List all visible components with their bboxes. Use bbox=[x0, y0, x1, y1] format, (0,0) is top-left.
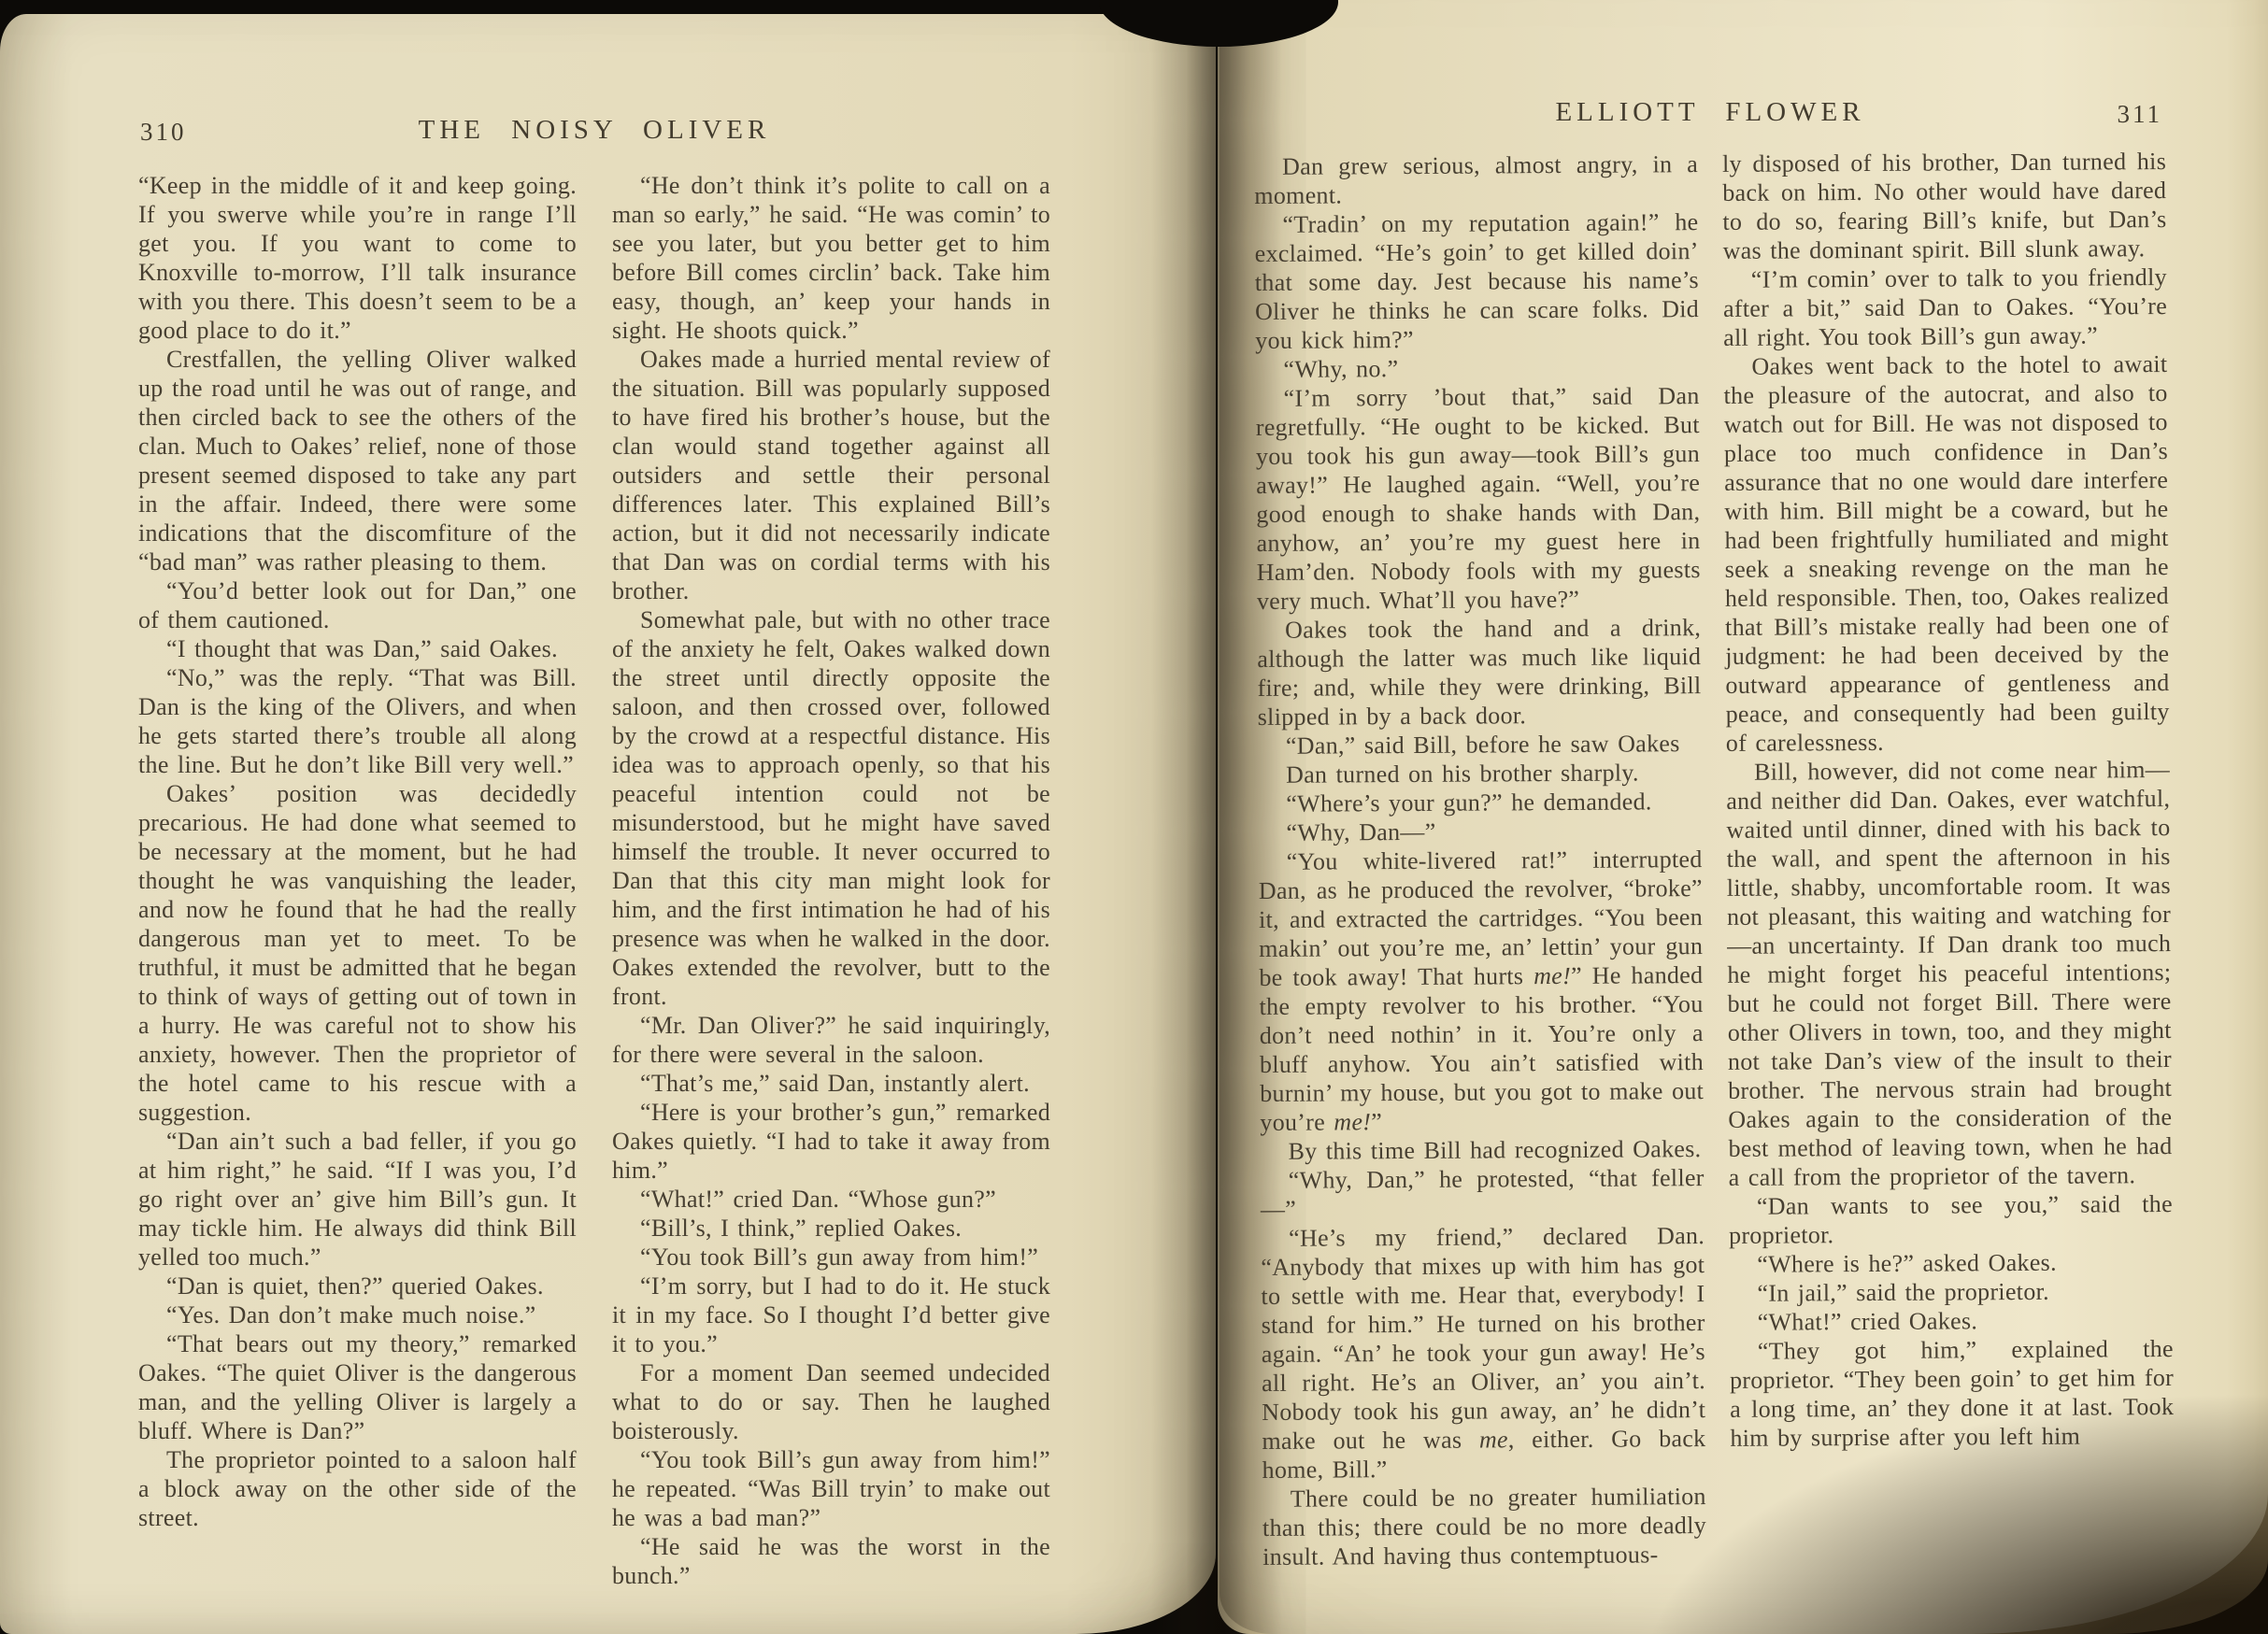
paragraph: Oakes made a hurried mental review of th… bbox=[612, 345, 1050, 605]
right-running-header: ELLIOTT FLOWER bbox=[1254, 97, 2166, 128]
paragraph: By this time Bill had recognized Oakes. bbox=[1260, 1134, 1704, 1166]
left-page-header: 310 THE NOISY OLIVER bbox=[138, 115, 1050, 152]
book-spread-photo: 310 THE NOISY OLIVER “Keep in the middle… bbox=[0, 0, 2268, 1634]
right-page-text: Dan grew serious, almost angry, in a mom… bbox=[1254, 147, 2175, 1571]
paragraph: Dan grew serious, almost angry, in a mom… bbox=[1254, 149, 1698, 210]
paragraph: “That’s me,” said Dan, instantly alert. bbox=[612, 1069, 1050, 1098]
paragraph: For a moment Dan seemed undecided what t… bbox=[612, 1358, 1050, 1445]
right-page-header: ELLIOTT FLOWER 311 bbox=[1254, 97, 2166, 135]
paragraph: Crestfallen, the yelling Oliver walked u… bbox=[138, 345, 577, 576]
text-column-1: “Keep in the middle of it and keep going… bbox=[138, 171, 577, 1590]
paragraph: “Dan is quiet, then?” queried Oakes. bbox=[138, 1272, 577, 1300]
paragraph: “Dan,” said Bill, before he saw Oakes bbox=[1258, 729, 1702, 760]
paragraph: There could be no greater humiliation th… bbox=[1262, 1482, 1707, 1571]
paragraph: “You took Bill’s gun away from him!” he … bbox=[612, 1445, 1050, 1532]
text-column-1: Dan grew serious, almost angry, in a mom… bbox=[1254, 149, 1706, 1571]
paragraph: “Why, no.” bbox=[1255, 352, 1699, 384]
paragraph: “He don’t think it’s polite to call on a… bbox=[612, 171, 1050, 345]
paragraph: “Where is he?” asked Oakes. bbox=[1729, 1247, 2173, 1279]
paragraph: ly disposed of his brother, Dan turned h… bbox=[1722, 147, 2167, 265]
paragraph: Oakes took the hand and a drink, althoug… bbox=[1257, 613, 1702, 732]
paragraph: “Tradin’ on my reputation again!” he exc… bbox=[1254, 207, 1699, 355]
paragraph: “He’s my friend,” declared Dan. “Anybody… bbox=[1261, 1221, 1706, 1485]
paragraph: “I’m comin’ over to talk to you friendly… bbox=[1723, 263, 2168, 352]
paragraph: “Here is your brother’s gun,” remarked O… bbox=[612, 1098, 1050, 1185]
paragraph: “Why, Dan—” bbox=[1258, 816, 1702, 847]
paragraph: “He said he was the worst in the bunch.” bbox=[612, 1532, 1050, 1590]
left-page-number: 310 bbox=[140, 118, 187, 147]
paragraph: The proprietor pointed to a saloon half … bbox=[138, 1445, 577, 1532]
paragraph: “You white-livered rat!” interrupted Dan… bbox=[1259, 845, 1705, 1137]
paragraph: “I thought that was Dan,” said Oakes. bbox=[138, 634, 577, 663]
paragraph: “Bill’s, I think,” replied Oakes. bbox=[612, 1214, 1050, 1243]
paragraph: “No,” was the reply. “That was Bill. Dan… bbox=[138, 663, 577, 779]
left-running-header: THE NOISY OLIVER bbox=[138, 115, 1050, 146]
paragraph: “In jail,” said the proprietor. bbox=[1729, 1276, 2173, 1308]
left-page-text: “Keep in the middle of it and keep going… bbox=[138, 171, 1050, 1590]
paragraph: “You’d better look out for Dan,” one of … bbox=[138, 576, 577, 634]
paragraph: Oakes’ position was decidedly precarious… bbox=[138, 779, 577, 1127]
paragraph: Dan turned on his brother sharply. bbox=[1258, 758, 1702, 789]
paragraph: “Where’s your gun?” he demanded. bbox=[1258, 787, 1702, 818]
paragraph: “I’m sorry ’bout that,” said Dan regretf… bbox=[1256, 381, 1702, 616]
paragraph: “They got him,” explained the proprietor… bbox=[1730, 1334, 2175, 1453]
paragraph: “Keep in the middle of it and keep going… bbox=[138, 171, 577, 345]
paragraph: “What!” cried Dan. “Whose gun?” bbox=[612, 1185, 1050, 1214]
text-column-2: “He don’t think it’s polite to call on a… bbox=[612, 171, 1050, 1590]
left-page: 310 THE NOISY OLIVER “Keep in the middle… bbox=[0, 14, 1216, 1634]
paragraph: Somewhat pale, but with no other trace o… bbox=[612, 605, 1050, 1011]
right-page: ELLIOTT FLOWER 311 Dan grew serious, alm… bbox=[1220, 0, 2268, 1634]
paragraph: “Mr. Dan Oliver?” he said inquiringly, f… bbox=[612, 1011, 1050, 1069]
paragraph: Oakes went back to the hotel to await th… bbox=[1723, 349, 2170, 758]
paragraph: Bill, however, did not come near him—and… bbox=[1726, 755, 2173, 1192]
paragraph: “Yes. Dan don’t make much noise.” bbox=[138, 1300, 577, 1329]
paragraph: “Dan wants to see you,” said the proprie… bbox=[1729, 1189, 2173, 1250]
paragraph: “Why, Dan,” he protested, “that feller—” bbox=[1261, 1163, 1705, 1224]
paragraph: “Dan ain’t such a bad feller, if you go … bbox=[138, 1127, 577, 1272]
paragraph: “What!” cried Oakes. bbox=[1730, 1305, 2174, 1337]
paragraph: “I’m sorry, but I had to do it. He stuck… bbox=[612, 1272, 1050, 1358]
text-column-2: ly disposed of his brother, Dan turned h… bbox=[1722, 147, 2175, 1569]
paragraph: “You took Bill’s gun away from him!” bbox=[612, 1243, 1050, 1272]
right-page-number: 311 bbox=[2118, 100, 2163, 129]
paragraph: “That bears out my theory,” remarked Oak… bbox=[138, 1329, 577, 1445]
